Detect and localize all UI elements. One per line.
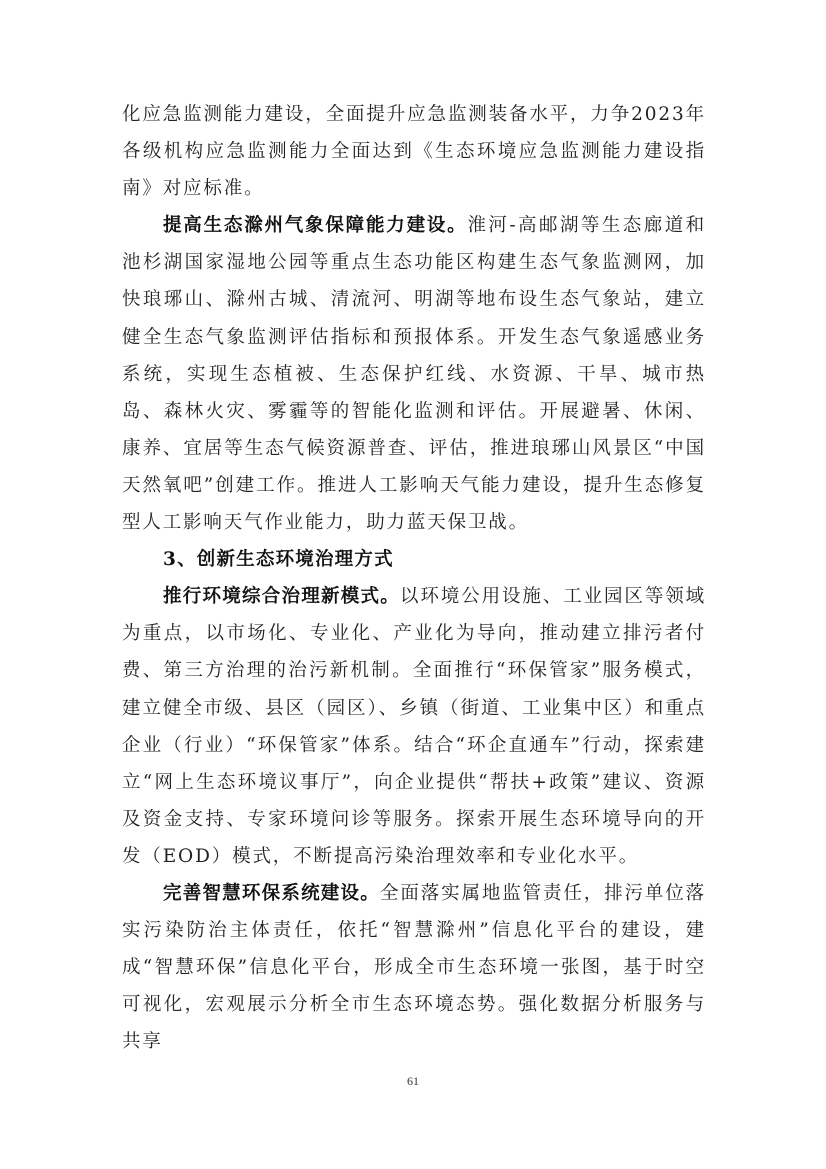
paragraph-text: 化应急监测能力建设，全面提升应急监测装备水平，力争2023年各级机构应急监测能力… [122,104,706,199]
paragraph-lead-heading: 完善智慧环保系统建设。 [163,883,380,904]
paragraph-text: 全面落实属地监管责任，排污单位落实污染防治主体责任，依托“智慧滁州”信息化平台的… [122,883,706,1052]
page-number: 61 [0,1074,826,1089]
paragraph-text: 以环境公用设施、工业园区等领域为重点，以市场化、专业化、产业化为导向，推动建立排… [122,586,706,867]
paragraph-continuation: 化应急监测能力建设，全面提升应急监测装备水平，力争2023年各级机构应急监测能力… [122,96,706,207]
paragraph-smart-environment: 完善智慧环保系统建设。全面落实属地监管责任，排污单位落实污染防治主体责任，依托“… [122,875,706,1060]
paragraph-environmental-governance: 推行环境综合治理新模式。以环境公用设施、工业园区等领域为重点，以市场化、专业化、… [122,578,706,875]
paragraph-lead-heading: 提高生态滁州气象保障能力建设。 [163,215,467,236]
document-page: 化应急监测能力建设，全面提升应急监测装备水平，力争2023年各级机构应急监测能力… [122,96,706,1060]
paragraph-meteorological-support: 提高生态滁州气象保障能力建设。淮河-高邮湖等生态廊道和池杉湖国家湿地公园等重点生… [122,207,706,541]
paragraph-lead-heading: 推行环境综合治理新模式。 [163,586,400,607]
section-heading: 3、创新生态环境治理方式 [122,541,706,578]
paragraph-text: 淮河-高邮湖等生态廊道和池杉湖国家湿地公园等重点生态功能区构建生态气象监测网，加… [122,215,706,533]
